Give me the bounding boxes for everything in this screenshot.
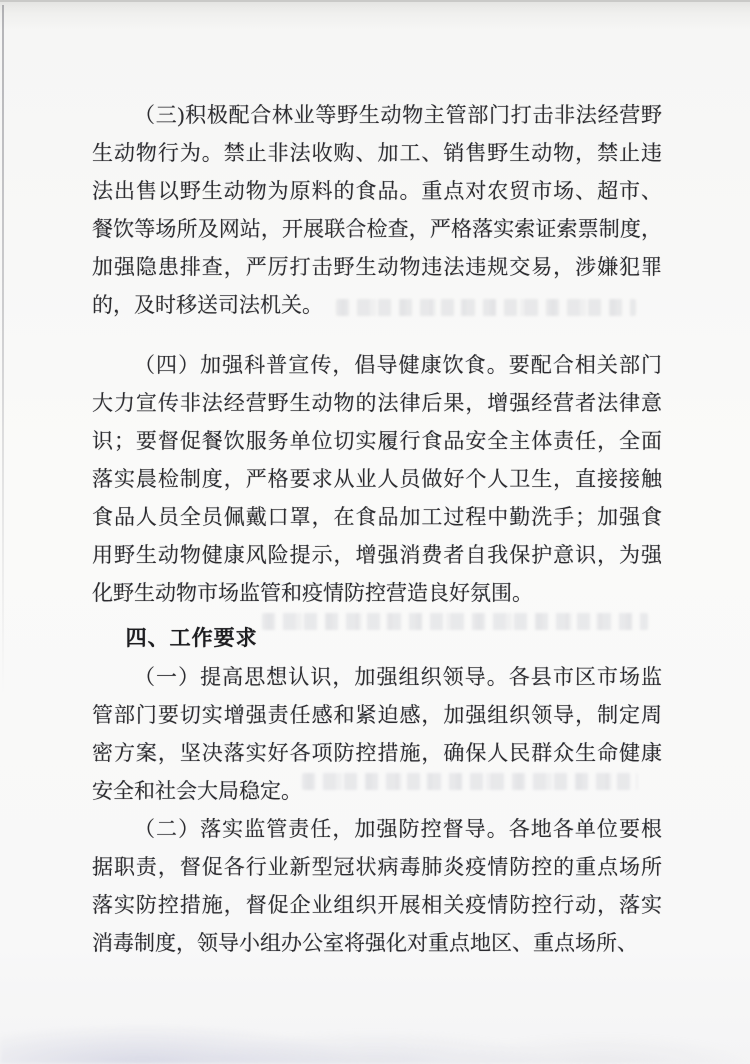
text-line: 加强隐患排查，严厉打击野生动物违法违规交易，涉嫌犯罪	[92, 248, 662, 286]
text-line: （二）落实监管责任，加强防控督导。各地各单位要根	[92, 810, 662, 848]
text-line: 用野生动物健康风险提示，增强消费者自我保护意识，为强	[92, 536, 662, 574]
para-req-1: （一）提高思想认识，加强组织领导。各县市区市场监管部门要切实增强责任感和紧迫感，…	[92, 658, 662, 810]
scan-edge-left-line-artifact	[2, 5, 4, 695]
text-line: （三)积极配合林业等野生动物主管部门打击非法经营野	[92, 96, 662, 134]
text-line: （四）加强科普宣传，倡导健康饮食。要配合相关部门	[92, 346, 662, 384]
text-line: 管部门要切实增强责任感和紧迫感，加强组织领导，制定周	[92, 696, 662, 734]
text-line: 化野生动物市场监管和疫情防控营造良好氛围。	[92, 574, 662, 612]
scan-edge-top-artifact	[0, 0, 750, 30]
heading-section-4: 四、工作要求	[92, 620, 662, 658]
text-line: 食品人员全员佩戴口罩，在食品加工过程中勤洗手；加强食	[92, 498, 662, 536]
document-body: （三)积极配合林业等野生动物主管部门打击非法经营野生动物行为。禁止非法收购、加工…	[92, 96, 662, 962]
text-line: 法出售以野生动物为原料的食品。重点对农贸市场、超市、	[92, 172, 662, 210]
text-line: 消毒制度，领导小组办公室将强化对重点地区、重点场所、	[92, 924, 662, 962]
text-line: 餐饮等场所及网站，开展联合检查，严格落实索证索票制度，	[92, 210, 662, 248]
text-line: 落实防控措施，督促企业组织开展相关疫情防控行动，落实	[92, 886, 662, 924]
para-item-4: （四）加强科普宣传，倡导健康饮食。要配合相关部门大力宣传非法经营野生动物的法律后…	[92, 346, 662, 612]
text-line: 落实晨检制度，严格要求从业人员做好个人卫生，直接接触	[92, 460, 662, 498]
text-line: 四、工作要求	[92, 620, 662, 658]
scan-bottom-shadow-artifact	[0, 1010, 750, 1064]
para-item-3: （三)积极配合林业等野生动物主管部门打击非法经营野生动物行为。禁止非法收购、加工…	[92, 96, 662, 324]
text-line: 的，及时移送司法机关。	[92, 286, 662, 324]
text-line: （一）提高思想认识，加强组织领导。各县市区市场监	[92, 658, 662, 696]
text-line: 安全和社会大局稳定。	[92, 772, 662, 810]
text-line: 大力宣传非法经营野生动物的法律后果，增强经营者法律意	[92, 384, 662, 422]
scanned-document-page: （三)积极配合林业等野生动物主管部门打击非法经营野生动物行为。禁止非法收购、加工…	[0, 0, 750, 1064]
text-line: 据职责，督促各行业新型冠状病毒肺炎疫情防控的重点场所	[92, 848, 662, 886]
para-req-2: （二）落实监管责任，加强防控督导。各地各单位要根据职责，督促各行业新型冠状病毒肺…	[92, 810, 662, 962]
text-line: 生动物行为。禁止非法收购、加工、销售野生动物，禁止违	[92, 134, 662, 172]
text-line: 识；要督促餐饮服务单位切实履行食品安全主体责任，全面	[92, 422, 662, 460]
text-line: 密方案，坚决落实好各项防控措施，确保人民群众生命健康	[92, 734, 662, 772]
